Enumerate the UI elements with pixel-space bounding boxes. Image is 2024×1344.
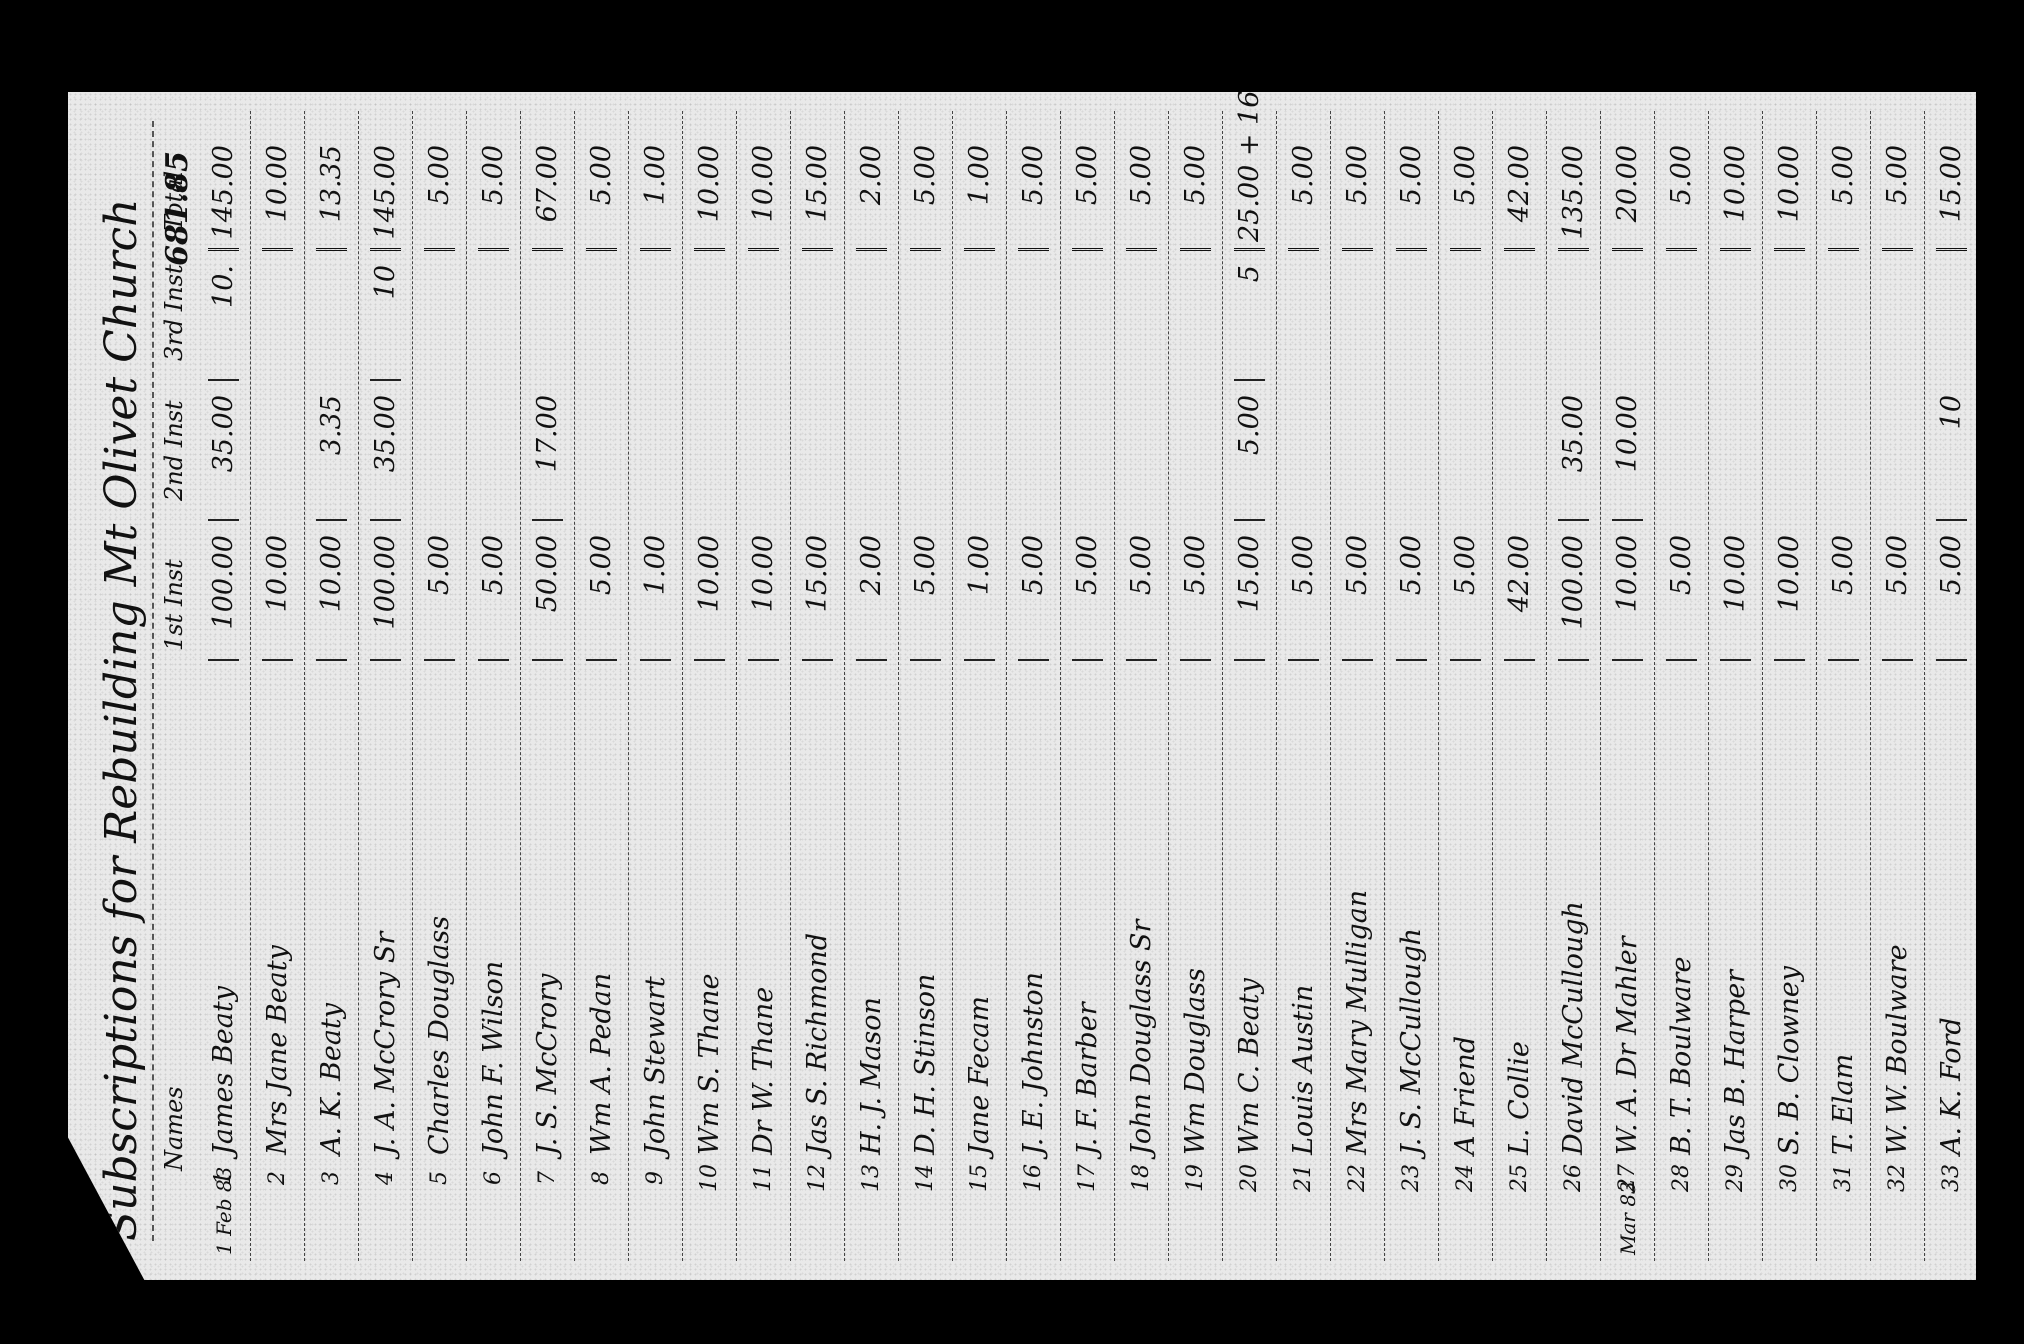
subscriber-name: A. K. Ford	[1936, 661, 1967, 1161]
subscriber-name: Wm C. Beaty	[1234, 661, 1265, 1161]
row-number: 1	[211, 1161, 236, 1201]
first-installment-amount: 42.00	[1504, 521, 1535, 661]
total-amount: 5.00	[1072, 131, 1103, 251]
ledger-row: 5Charles Douglass5.005.00	[413, 111, 467, 1261]
ledger-row: 31T. Elam5.005.00	[1817, 111, 1871, 1261]
total-amount: 145.00	[370, 131, 401, 251]
row-number: 32	[1885, 1161, 1910, 1201]
column-header-third-installment: 3rd Inst	[154, 264, 194, 361]
subscription-rows: 1 Feb 831James Beaty100.0035.0010.145.00…	[197, 111, 1942, 1261]
total-amount: 5.00	[1828, 131, 1859, 251]
total-amount: 145.00	[208, 131, 239, 251]
ledger-row: 19Wm Douglass5.005.00	[1169, 111, 1223, 1261]
ledger-row: 30S. B. Clowney10.0010.00	[1763, 111, 1817, 1261]
subscriber-name: Dr W. Thane	[748, 661, 779, 1161]
subscriber-name: Charles Douglass	[424, 661, 455, 1161]
first-installment-amount: 10.00	[1612, 521, 1643, 661]
ledger-row: 20Wm C. Beaty15.005.00525.00 + 16.25 = 4…	[1223, 111, 1277, 1261]
row-number: 22	[1345, 1161, 1370, 1201]
first-installment-amount: 5.00	[1936, 521, 1967, 661]
ledger-row: 7J. S. McCrory50.0017.0067.00	[521, 111, 575, 1261]
row-number: 12	[805, 1161, 830, 1201]
ledger-row: 22Mrs Mary Mulligan5.005.00	[1331, 111, 1385, 1261]
first-installment-amount: 15.00	[802, 521, 833, 661]
subscriber-name: J. F. Barber	[1072, 661, 1103, 1161]
scanned-ledger-page: Subscriptions for Rebuilding Mt Olivet C…	[68, 92, 1976, 1280]
ledger-row: 21Louis Austin5.005.00	[1277, 111, 1331, 1261]
first-installment-amount: 50.00	[532, 521, 563, 661]
first-installment-amount: 1.00	[964, 521, 995, 661]
subscriber-name: Mrs Mary Mulligan	[1342, 661, 1373, 1161]
ledger-row: 32W. W. Boulware5.005.00	[1871, 111, 1925, 1261]
ledger-row: 26David McCullough100.0035.00135.00	[1547, 111, 1601, 1261]
first-installment-amount: 10.00	[262, 521, 293, 661]
ledger-row: 9John Stewart1.001.00	[629, 111, 683, 1261]
total-amount: 67.00	[532, 131, 563, 251]
first-installment-amount: 100.00	[1558, 521, 1589, 661]
subscriber-name: Louis Austin	[1288, 661, 1319, 1161]
ledger-row: Mar 8327W. A. Dr Mahler10.0010.0020.00	[1601, 111, 1655, 1261]
column-header-first-installment: 1st Inst	[154, 559, 194, 651]
subscriber-name: J. S. McCullough	[1396, 661, 1427, 1161]
row-date: Mar 83	[1616, 1201, 1640, 1261]
subscriber-name: Mrs Jane Beaty	[262, 661, 293, 1161]
row-date: 1 Feb 83	[212, 1201, 236, 1261]
total-amount: 10.00	[1720, 131, 1751, 251]
ledger-row: 23J. S. McCullough5.005.00	[1385, 111, 1439, 1261]
third-installment-amount: 10.	[208, 251, 239, 381]
second-installment-amount: 5.00	[1234, 381, 1265, 521]
row-number: 9	[643, 1161, 668, 1201]
column-header-names: Names	[154, 1086, 194, 1171]
row-number: 7	[535, 1161, 560, 1201]
first-installment-amount: 1.00	[640, 521, 671, 661]
first-installment-amount: 5.00	[1288, 521, 1319, 661]
ledger-row: 3A. K. Beaty10.003.3513.35	[305, 111, 359, 1261]
subscriber-name: B. T. Boulware	[1666, 661, 1697, 1161]
first-installment-amount: 5.00	[1072, 521, 1103, 661]
ledger-row: 18John Douglass Sr5.005.00	[1115, 111, 1169, 1261]
total-amount: 5.00	[1288, 131, 1319, 251]
subscriber-name: A Friend	[1450, 661, 1481, 1161]
third-installment-amount: 10	[370, 251, 401, 381]
total-amount: 5.00	[1018, 131, 1049, 251]
row-number: 18	[1129, 1161, 1154, 1201]
subscriber-name: John F. Wilson	[478, 661, 509, 1161]
subscriber-name: John Douglass Sr	[1126, 661, 1157, 1161]
row-number: 4	[373, 1161, 398, 1201]
row-number: 27	[1615, 1161, 1640, 1201]
ledger-row: 28B. T. Boulware5.005.00	[1655, 111, 1709, 1261]
total-amount: 15.00	[1936, 131, 1967, 251]
row-number: 2	[265, 1161, 290, 1201]
subscriber-name: Wm Douglass	[1180, 661, 1211, 1161]
first-installment-amount: 5.00	[1450, 521, 1481, 661]
first-installment-amount: 100.00	[370, 521, 401, 661]
ledger-row: 33A. K. Ford5.001015.00	[1925, 111, 1979, 1261]
row-number: 8	[589, 1161, 614, 1201]
second-installment-amount: 35.00	[208, 381, 239, 521]
ledger-row: 16J. E. Johnston5.005.00	[1007, 111, 1061, 1261]
subscriber-name: D. H. Stinson	[910, 661, 941, 1161]
total-amount: 5.00	[1180, 131, 1211, 251]
total-amount: 42.00	[1504, 131, 1535, 251]
second-installment-amount: 10	[1936, 381, 1967, 521]
subscriber-name: J. S. McCrory	[532, 661, 563, 1161]
first-installment-amount: 5.00	[1666, 521, 1697, 661]
second-installment-amount: 3.35	[316, 381, 347, 521]
row-number: 23	[1399, 1161, 1424, 1201]
row-number: 10	[697, 1161, 722, 1201]
ledger-row: 25L. Collie42.0042.00	[1493, 111, 1547, 1261]
total-amount: 10.00	[748, 131, 779, 251]
third-installment-amount: 5	[1234, 251, 1265, 381]
total-amount: 135.00	[1558, 131, 1589, 251]
first-installment-amount: 10.00	[748, 521, 779, 661]
row-number: 6	[481, 1161, 506, 1201]
second-installment-amount: 35.00	[370, 381, 401, 521]
ledger-row: 14D. H. Stinson5.005.00	[899, 111, 953, 1261]
first-installment-amount: 5.00	[478, 521, 509, 661]
row-number: 17	[1075, 1161, 1100, 1201]
row-number: 20	[1237, 1161, 1262, 1201]
total-amount: 5.00	[1342, 131, 1373, 251]
ledger-row: 24A Friend5.005.00	[1439, 111, 1493, 1261]
total-amount: 1.00	[964, 131, 995, 251]
ledger-row: 4J. A. McCrory Sr100.0035.0010145.00	[359, 111, 413, 1261]
subscriber-name: T. Elam	[1828, 661, 1859, 1161]
first-installment-amount: 5.00	[1126, 521, 1157, 661]
row-number: 13	[859, 1161, 884, 1201]
grand-total: 681.85	[160, 151, 195, 266]
total-amount: 5.00	[424, 131, 455, 251]
total-amount: 5.00	[1666, 131, 1697, 251]
total-amount: 2.00	[856, 131, 887, 251]
subscriber-name: Wm S. Thane	[694, 661, 725, 1161]
subscriber-name: David McCullough	[1558, 661, 1589, 1161]
row-number: 31	[1831, 1161, 1856, 1201]
ledger-row: 29Jas B. Harper10.0010.00	[1709, 111, 1763, 1261]
total-amount: 5.00	[1882, 131, 1913, 251]
first-installment-amount: 10.00	[694, 521, 725, 661]
ledger: Subscriptions for Rebuilding Mt Olivet C…	[82, 111, 1962, 1261]
total-amount: 5.00	[1126, 131, 1157, 251]
subscriber-name: S. B. Clowney	[1774, 661, 1805, 1161]
first-installment-amount: 5.00	[1342, 521, 1373, 661]
ledger-title: Subscriptions for Rebuilding Mt Olivet C…	[92, 121, 154, 1241]
total-amount: 5.00	[586, 131, 617, 251]
first-installment-amount: 5.00	[910, 521, 941, 661]
row-number: 28	[1669, 1161, 1694, 1201]
row-number: 30	[1777, 1161, 1802, 1201]
ledger-row: 8Wm A. Pedan5.005.00	[575, 111, 629, 1261]
subscriber-name: J. E. Johnston	[1018, 661, 1049, 1161]
ledger-row: 1 Feb 831James Beaty100.0035.0010.145.00	[197, 111, 251, 1261]
first-installment-amount: 5.00	[1396, 521, 1427, 661]
subscriber-name: H. J. Mason	[856, 661, 887, 1161]
row-number: 16	[1021, 1161, 1046, 1201]
first-installment-amount: 100.00	[208, 521, 239, 661]
total-amount: 20.00	[1612, 131, 1643, 251]
ledger-row: 15Jane Fecam1.001.00	[953, 111, 1007, 1261]
subscriber-name: L. Collie	[1504, 661, 1535, 1161]
ledger-row: 17J. F. Barber5.005.00	[1061, 111, 1115, 1261]
subscriber-name: Wm A. Pedan	[586, 661, 617, 1161]
second-installment-amount: 35.00	[1558, 381, 1589, 521]
first-installment-amount: 5.00	[1882, 521, 1913, 661]
first-installment-amount: 5.00	[1180, 521, 1211, 661]
row-number: 11	[751, 1161, 776, 1201]
first-installment-amount: 15.00	[1234, 521, 1265, 661]
row-number: 33	[1939, 1161, 1964, 1201]
total-amount: 5.00	[1396, 131, 1427, 251]
total-amount: 5.00	[1450, 131, 1481, 251]
first-installment-amount: 10.00	[1774, 521, 1805, 661]
ledger-row: 11Dr W. Thane10.0010.00	[737, 111, 791, 1261]
total-amount: 1.00	[640, 131, 671, 251]
subscriber-name: Jane Fecam	[964, 661, 995, 1161]
ledger-row: 10Wm S. Thane10.0010.00	[683, 111, 737, 1261]
subscriber-name: W. A. Dr Mahler	[1612, 661, 1643, 1161]
first-installment-amount: 5.00	[424, 521, 455, 661]
ledger-row: 12Jas S. Richmond15.0015.00	[791, 111, 845, 1261]
row-number: 21	[1291, 1161, 1316, 1201]
row-number: 29	[1723, 1161, 1748, 1201]
row-number: 19	[1183, 1161, 1208, 1201]
row-number: 3	[319, 1161, 344, 1201]
subscriber-name: John Stewart	[640, 661, 671, 1161]
first-installment-amount: 5.00	[1018, 521, 1049, 661]
total-amount: 15.00	[802, 131, 833, 251]
row-number: 25	[1507, 1161, 1532, 1201]
subscriber-name: J. A. McCrory Sr	[370, 661, 401, 1161]
row-number: 15	[967, 1161, 992, 1201]
subscriber-name: Jas S. Richmond	[802, 661, 833, 1161]
subscriber-name: Jas B. Harper	[1720, 661, 1751, 1161]
total-amount: 10.00	[262, 131, 293, 251]
row-number: 26	[1561, 1161, 1586, 1201]
first-installment-amount: 5.00	[1828, 521, 1859, 661]
row-number: 14	[913, 1161, 938, 1201]
row-number: 5	[427, 1161, 452, 1201]
first-installment-amount: 10.00	[316, 521, 347, 661]
first-installment-amount: 5.00	[586, 521, 617, 661]
row-number: 24	[1453, 1161, 1478, 1201]
subscriber-name: W. W. Boulware	[1882, 661, 1913, 1161]
first-installment-amount: 10.00	[1720, 521, 1751, 661]
subscriber-name: A. K. Beaty	[316, 661, 347, 1161]
total-amount: 10.00	[1774, 131, 1805, 251]
second-installment-amount: 10.00	[1612, 381, 1643, 521]
first-installment-amount: 2.00	[856, 521, 887, 661]
second-installment-amount: 17.00	[532, 381, 563, 521]
ledger-row: 6John F. Wilson5.005.00	[467, 111, 521, 1261]
ledger-row: 13H. J. Mason2.002.00	[845, 111, 899, 1261]
total-amount: 13.35	[316, 131, 347, 251]
total-amount: 10.00	[694, 131, 725, 251]
column-header-second-installment: 2nd Inst	[154, 400, 194, 501]
total-amount: 25.00 + 16.25 = 41.25	[1234, 131, 1265, 251]
ledger-row: 2Mrs Jane Beaty10.0010.00	[251, 111, 305, 1261]
subscriber-name: James Beaty	[208, 661, 239, 1161]
total-amount: 5.00	[478, 131, 509, 251]
total-amount: 5.00	[910, 131, 941, 251]
